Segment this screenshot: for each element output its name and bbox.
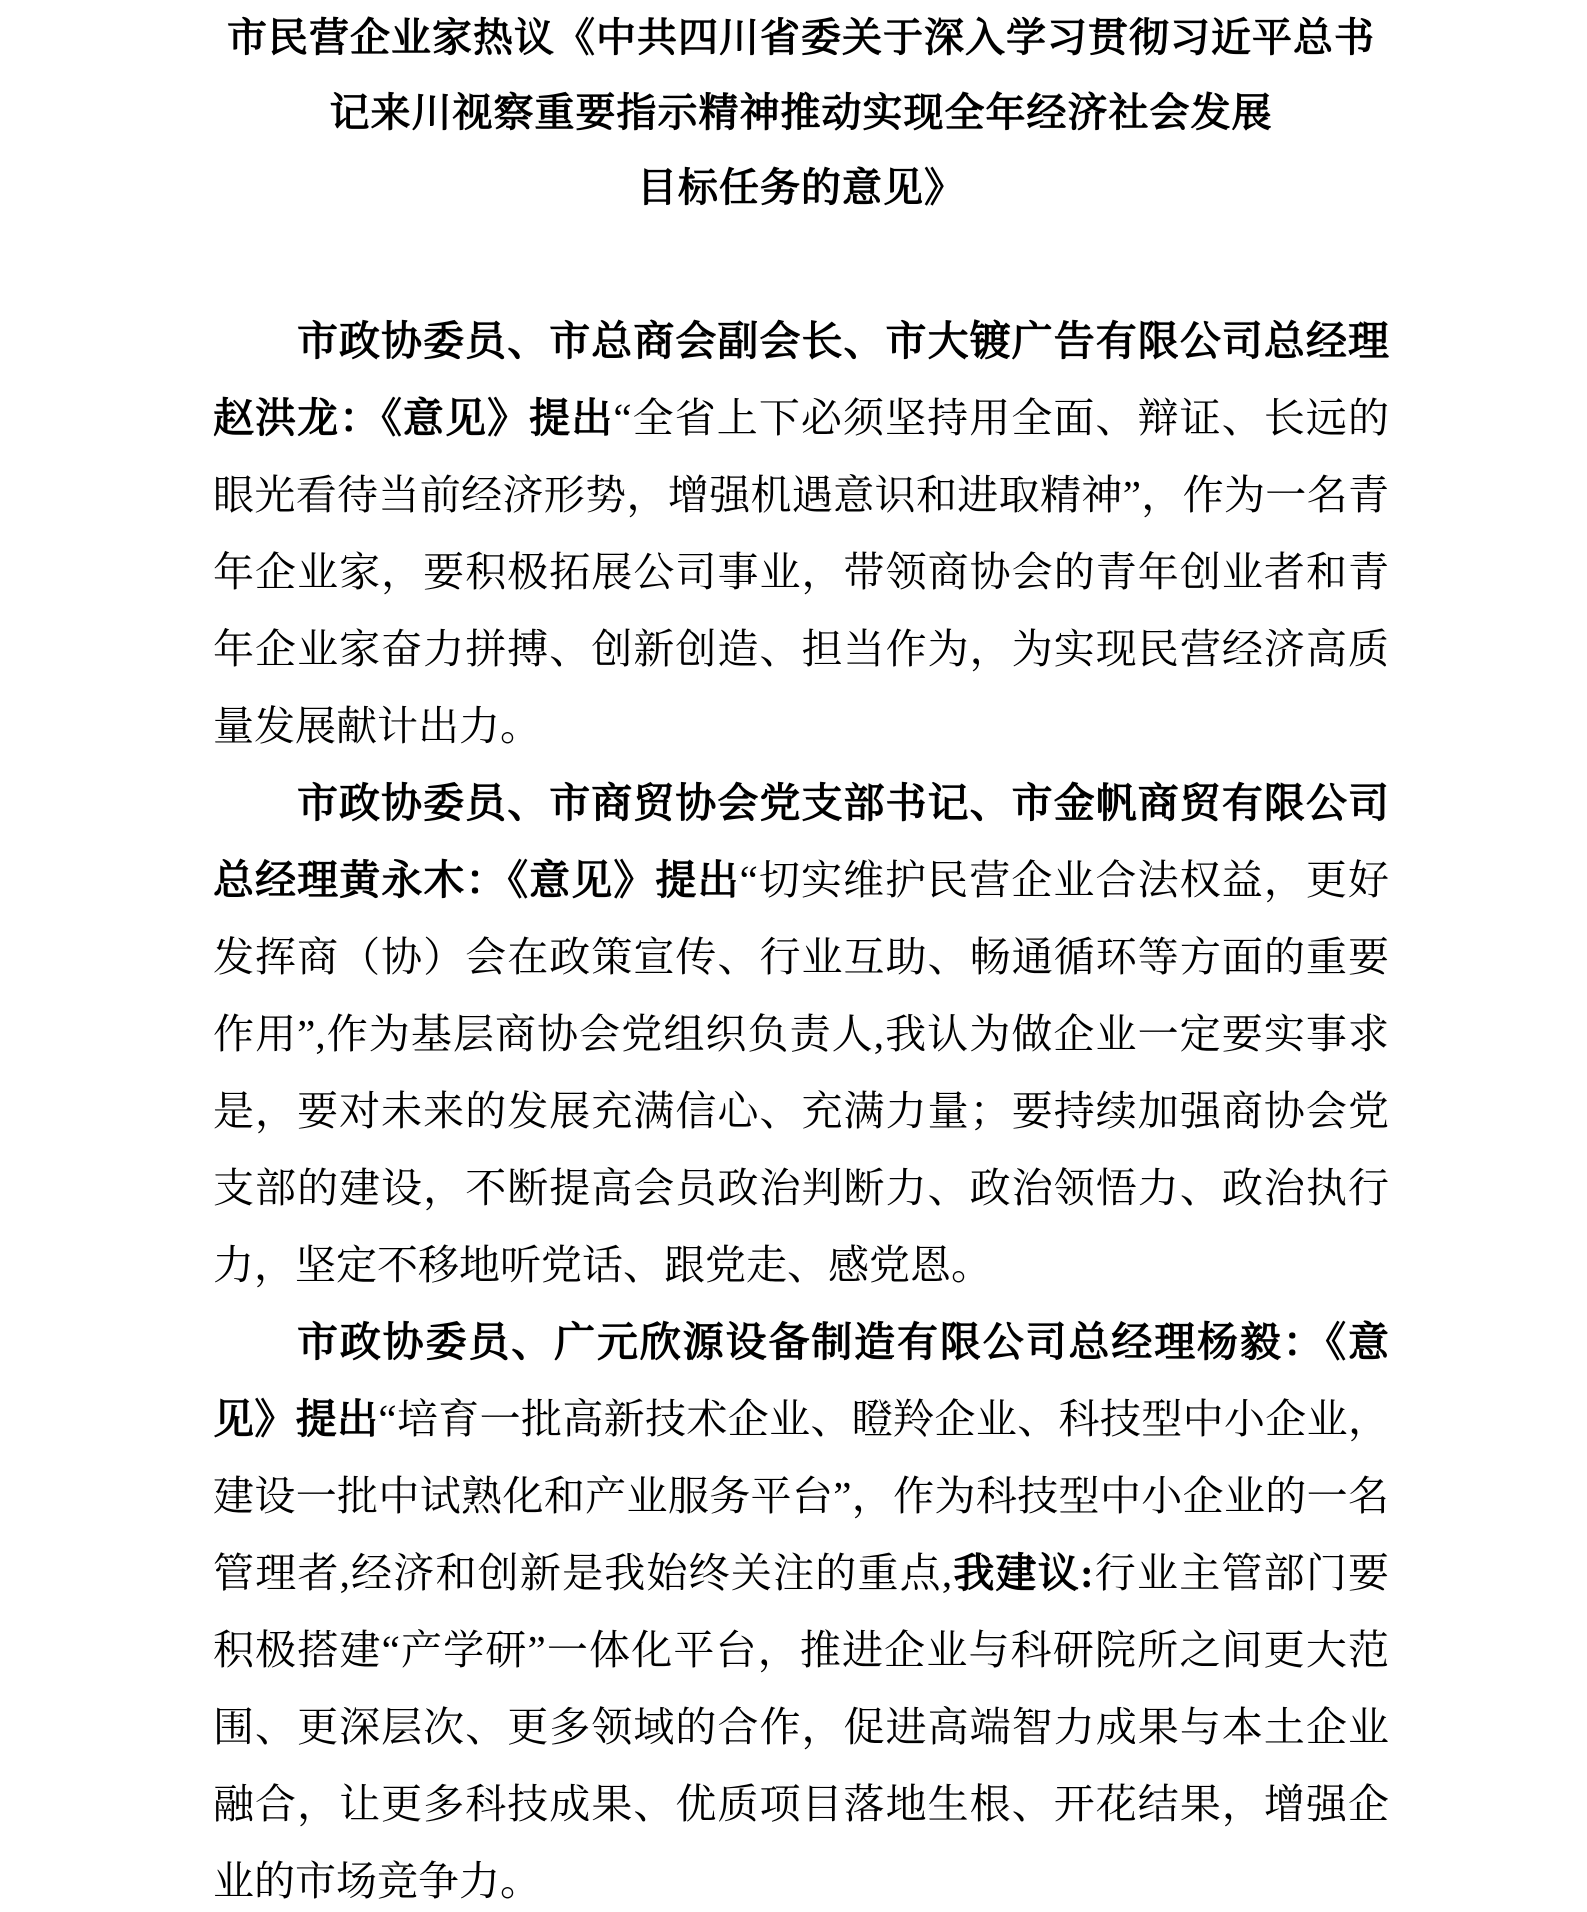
text-segment: “切实维护民营企业合法权益，更好发挥商（协）会在政策宣传、行业互助、畅通循环等方… [213,857,1389,1288]
bold-segment: 见》提出 [213,1396,378,1442]
document-page: 市民营企业家热议《中共四川省委关于深入学习贯彻习近平总书 记来川视察重要指示精神… [0,0,1587,1912]
title-line-3: 目标任务的意见》 [193,150,1409,225]
bold-segment: 我建议: [952,1550,1093,1596]
paragraph: 市政协委员、市商贸协会党支部书记、市金帆商贸有限公司总经理黄永木：《意见》提出“… [213,765,1389,1304]
document-title: 市民营企业家热议《中共四川省委关于深入学习贯彻习近平总书 记来川视察重要指示精神… [193,0,1409,225]
title-line-2: 记来川视察重要指示精神推动实现全年经济社会发展 [193,75,1409,150]
paragraph: 市政协委员、广元欣源设备制造有限公司总经理杨毅：《意见》提出“培育一批高新技术企… [213,1304,1389,1912]
bold-segment: 市政协委员、广元欣源设备制造有限公司总经理杨毅：《意 [297,1319,1389,1365]
paragraph: 市政协委员、市总商会副会长、市大镀广告有限公司总经理赵洪龙：《意见》提出“全省上… [213,303,1389,765]
document-body: 市政协委员、市总商会副会长、市大镀广告有限公司总经理赵洪龙：《意见》提出“全省上… [213,303,1389,1912]
text-segment: 行业主管部门要积极搭建“产学研”一体化平台，推进企业与科研院所之间更大范围、更深… [213,1550,1389,1904]
text-segment: “全省上下必须坚持用全面、辩证、长远的眼光看待当前经济形势，增强机遇意识和进取精… [213,395,1389,749]
title-line-1: 市民营企业家热议《中共四川省委关于深入学习贯彻习近平总书 [193,0,1409,75]
